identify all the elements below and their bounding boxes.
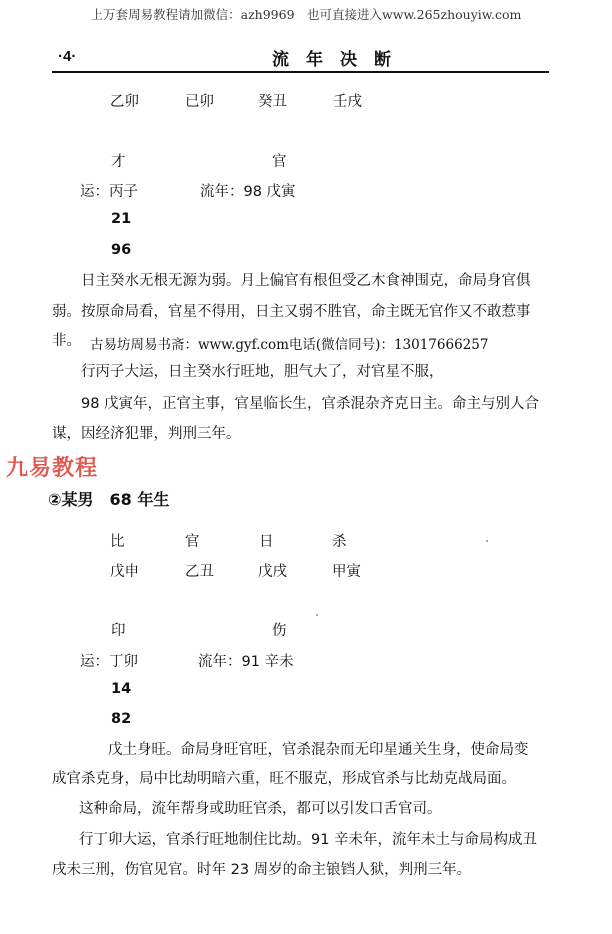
pillar-hour: 甲寅 [332, 560, 361, 581]
god-label: 官 [185, 530, 200, 551]
page-number: ·4· [58, 48, 76, 65]
case-title: ②某男 68 年生 [48, 487, 169, 510]
pillar-month: 乙丑 [185, 560, 214, 581]
running-title: 流年决断 [272, 45, 408, 70]
paragraph-line: 弱。按原命局看，官星不得用，日主又弱不胜官，命主既无官作又不敢惹事 [52, 297, 531, 328]
paragraph-line: 日主癸水无根无源为弱。月上偏官有根但受乙木食神围克，命局身官俱 [81, 266, 531, 297]
god-label: 日 [259, 530, 274, 551]
paragraph-line: 成官杀克身，局中比劫明暗六重，旺不服克，形成官杀与比劫克战局面。 [52, 764, 516, 795]
luck-label: 运：丙子 [80, 180, 138, 201]
paragraph-line: 戌未三刑，伤官见官。时年 23 周岁的命主锒铛人狱，判刑三年。 [52, 855, 471, 886]
paragraph-line: 行丁卯大运，官杀行旺地制住比劫。91 辛未年，流年未土与命局构成丑 [79, 825, 537, 856]
paragraph-line: 98 戊寅年，正官主事，官星临长生，官杀混杂齐克日主。命主与别人合 [81, 389, 539, 420]
god-label: 伤 [272, 619, 287, 640]
god-label: 才 [111, 150, 126, 171]
paragraph-line: 戊土身旺。命局身旺官旺，官杀混杂而无印星通关生身，使命局变 [108, 735, 529, 766]
watermark-banner: 上万套周易教程请加微信：azh9969 也可直接进入www.265zhouyiw… [0, 5, 612, 23]
pillar-hour: 壬戌 [333, 90, 362, 111]
god-label: 印 [111, 619, 126, 640]
luck-label: 运：丁卯 [80, 650, 138, 671]
scan-speck [316, 614, 318, 616]
paragraph-line: 这种命局，流年帮身或助旺官杀，都可以引发口舌官司。 [79, 794, 442, 825]
paragraph-line: 非。 [52, 326, 81, 357]
pillar-day: 戊戌 [258, 560, 287, 581]
god-label: 杀 [332, 530, 347, 551]
luck-year: 96 [111, 242, 131, 258]
logo-watermark: 九易教程 [6, 451, 98, 482]
god-label: 比 [110, 530, 125, 551]
inline-ad-text: 古易坊周易书斋：www.gyf.com电话(微信同号)：13017666257 [90, 333, 488, 353]
paragraph-line: 谋，因经济犯罪，判刑三年。 [52, 419, 241, 450]
flow-year-label: 流年：91 辛未 [198, 650, 294, 671]
luck-age: 14 [111, 681, 131, 697]
luck-year: 82 [111, 711, 131, 727]
pillar-year: 戊申 [110, 560, 139, 581]
luck-age: 21 [111, 211, 131, 227]
header-rule [52, 71, 549, 73]
god-label: 官 [272, 150, 287, 171]
paragraph-line: 行丙子大运，日主癸水行旺地，胆气大了，对官星不服， [81, 357, 444, 388]
scan-speck [486, 540, 488, 542]
pillar-year: 乙卯 [110, 90, 139, 111]
flow-year-label: 流年：98 戊寅 [200, 180, 296, 201]
pillar-day: 癸丑 [258, 90, 287, 111]
pillar-month: 已卯 [185, 90, 214, 111]
